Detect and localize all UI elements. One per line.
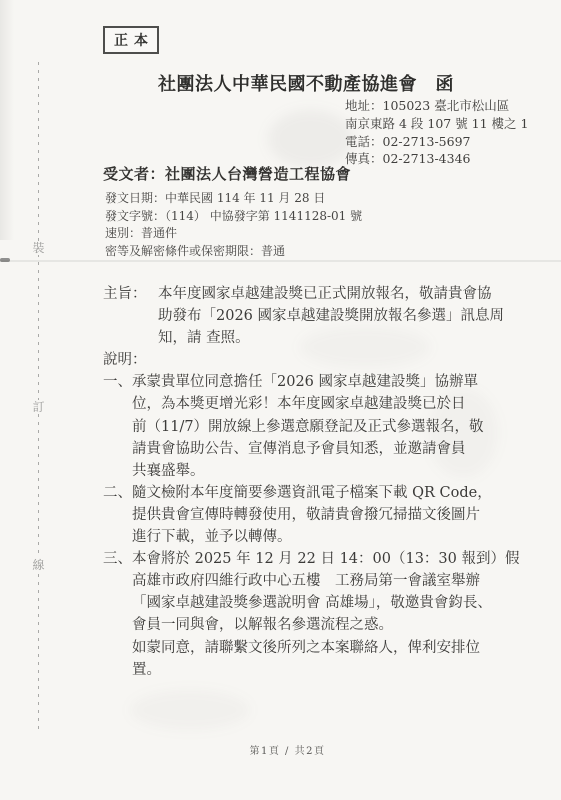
binding-mark-zhuang: 裝 [30,241,47,255]
document-meta-block: 發文日期：中華民國 114 年 11 月 28 日 發文字號：（114） 中協發… [105,190,362,260]
item-3-line: 如蒙同意，請聯繫文後所列之本案聯絡人，俾利安排位 [103,637,553,659]
item-1-line: 一、承蒙貴單位同意擔任「2026 國家卓越建設獎」協辦單 [103,371,553,393]
item-number: 一、 [103,371,132,393]
sender-address-block: 地址：105023 臺北市松山區 南京東路 4 段 107 號 11 樓之 1 … [345,97,528,168]
binding-mark-ding: 訂 [30,400,47,414]
subject-line: 助發布「2026 國家卓越建設獎開放報名參選」訊息周 [103,305,553,327]
item-text: 隨文檢附本年度簡要參選資訊電子檔案下載 QR Code， [132,485,492,501]
sender-fax: 傳真：02-2713-4346 [345,150,528,168]
item-2-line: 二、隨文檢附本年度簡要參選資訊電子檔案下載 QR Code， [103,482,553,504]
subject-label: 主旨： [103,283,158,305]
item-3-line: 高雄市政府四維行政中心五樓 工務局第一會議室舉辦 [103,570,553,592]
item-1-line: 位，為本獎更增光彩！本年度國家卓越建設獎已於日 [103,393,553,415]
item-1-line: 共襄盛舉。 [103,460,553,482]
scan-edge-shadow [0,0,14,240]
doc-number: 發文字號：（114） 中協發字第 1141128-01 號 [105,208,362,226]
item-2-line: 提供貴會宣傳時轉發使用，敬請貴會撥冗掃描文後圖片 [103,504,553,526]
item-3-line: 三、本會將於 2025 年 12 月 22 日 14：00（13：30 報到）假 [103,548,553,570]
item-number: 三、 [103,548,132,570]
item-text: 本會將於 2025 年 12 月 22 日 14：00（13：30 報到）假 [132,551,519,567]
subject-line: 主旨：本年度國家卓越建設獎已正式開放報名，敬請貴會協 [103,283,553,305]
speed-class: 速別：普通件 [105,225,362,243]
showthrough-blob [268,110,353,168]
letter-body: 主旨：本年度國家卓越建設獎已正式開放報名，敬請貴會協 助發布「2026 國家卓越… [103,283,553,681]
document-title: 社團法人中華民國不動產協進會 函 [158,70,454,96]
item-3-line: 置。 [103,659,553,681]
item-2-line: 進行下載，並予以轉傳。 [103,526,553,548]
scan-fold-tick [0,258,10,262]
item-text: 承蒙貴單位同意擔任「2026 國家卓越建設獎」協辦單 [132,374,478,390]
subject-text: 本年度國家卓越建設獎已正式開放報名，敬請貴會協 [158,286,492,302]
issue-date: 發文日期：中華民國 114 年 11 月 28 日 [105,190,362,208]
item-number: 二、 [103,482,132,504]
page-number: 第1頁 / 共2頁 [0,742,561,757]
item-1-line: 請貴會協助公告、宣傳消息予會員知悉，並邀請會員 [103,438,553,460]
recipient-line: 受文者：社團法人台灣營造工程協會 [103,163,351,184]
sender-address-line: 南京東路 4 段 107 號 11 樓之 1 [345,115,528,133]
binding-dashed-line [38,62,39,730]
original-copy-stamp: 正本 [103,26,159,54]
document-page: 裝 訂 線 正本 社團法人中華民國不動產協進會 函 地址：105023 臺北市松… [0,0,561,800]
security-class: 密等及解密條件或保密期限：普通 [105,243,362,261]
sender-phone: 電話：02-2713-5697 [345,133,528,151]
sender-address-line: 地址：105023 臺北市松山區 [345,97,528,115]
item-1-line: 前（11/7）開放線上參選意願登記及正式參選報名，敬 [103,416,553,438]
item-3-line: 「國家卓越建設獎參選說明會 高雄場」，敬邀貴會鈞長、 [103,592,553,614]
showthrough-blob [130,690,250,730]
explanation-label: 說明： [103,349,553,371]
item-3-line: 會員一同與會，以解報名參選流程之惑。 [103,614,553,636]
binding-mark-xian: 線 [30,558,47,572]
subject-line: 知，請 查照。 [103,327,553,349]
